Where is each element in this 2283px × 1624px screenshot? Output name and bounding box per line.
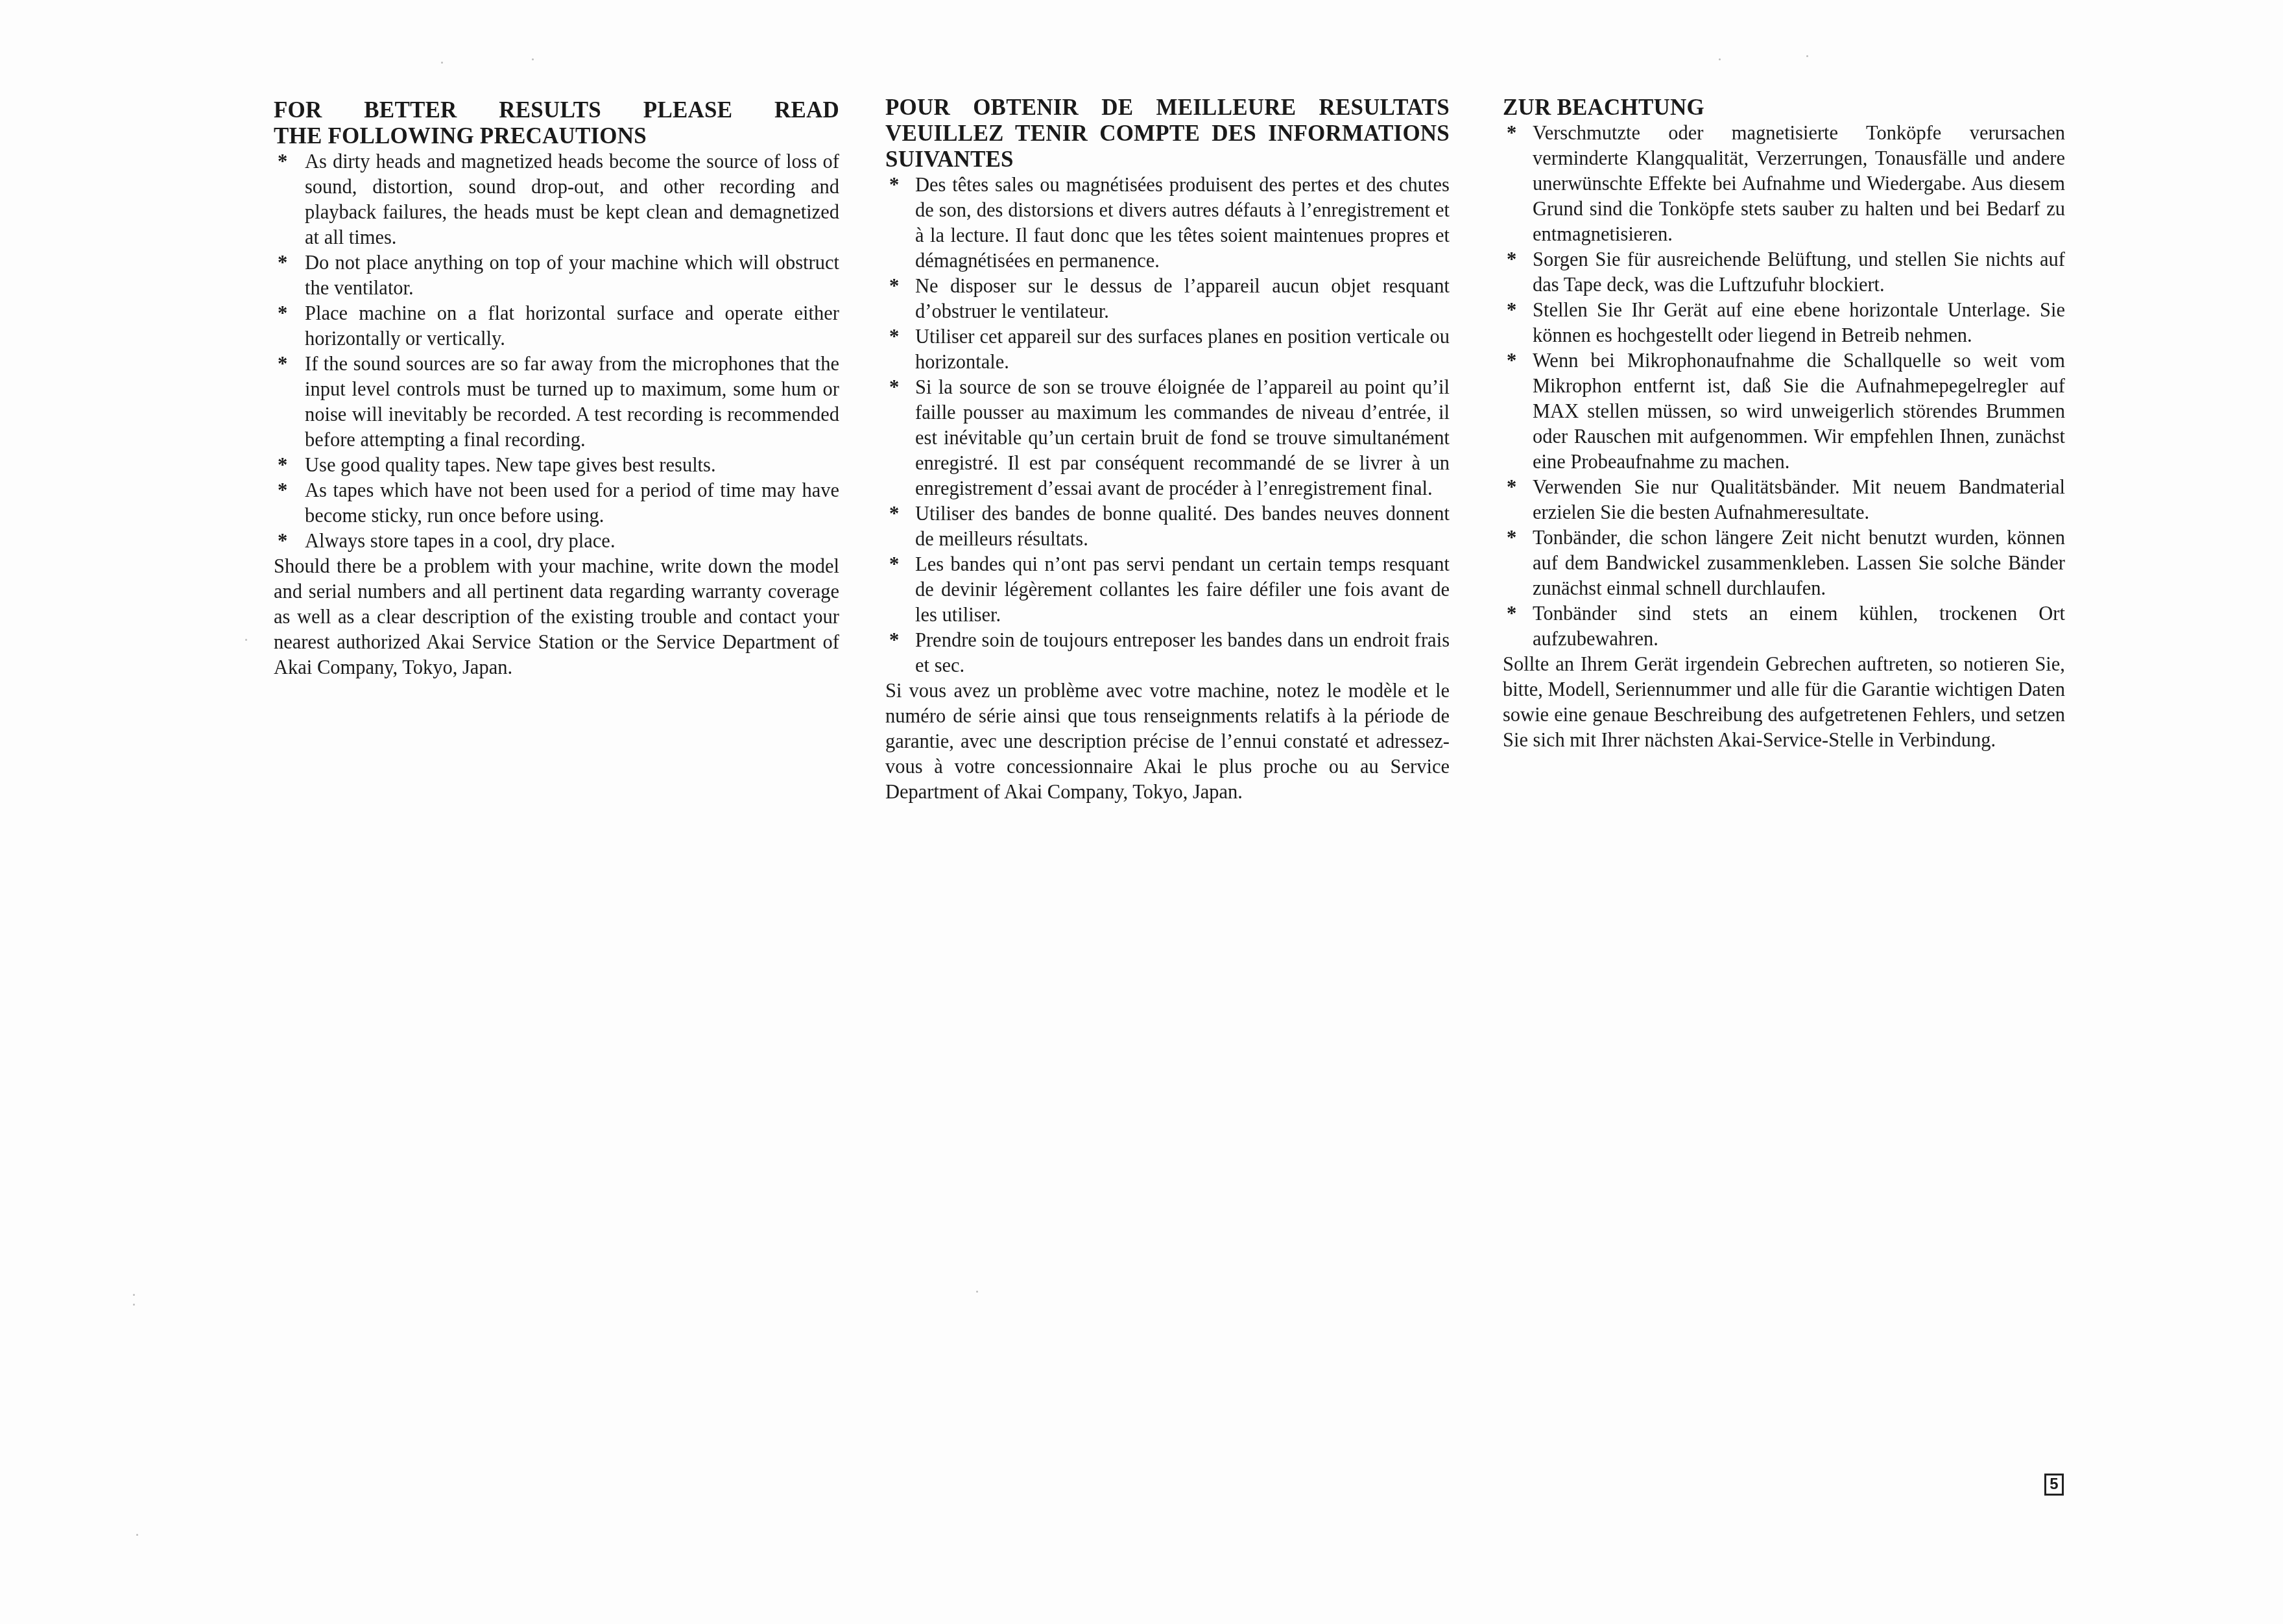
english-service-note: Should there be a problem with your mach… xyxy=(274,554,839,680)
list-item: *Utiliser cet appareil sur des surfaces … xyxy=(885,324,1450,375)
scan-speck xyxy=(133,1294,135,1296)
list-item: *Place machine on a flat horizontal surf… xyxy=(274,301,839,352)
list-item: *Verschmutzte oder magnetisierte Tonköpf… xyxy=(1503,121,2065,247)
list-item-text: Use good quality tapes. New tape gives b… xyxy=(305,454,716,476)
list-item-text: Si la source de son se trouve éloignée d… xyxy=(915,376,1450,499)
list-item-text: Verschmutzte oder magnetisierte Tonköpfe… xyxy=(1533,122,2065,245)
asterisk-bullet-icon: * xyxy=(889,324,899,350)
list-item-text: Utiliser des bandes de bonne qualité. De… xyxy=(915,503,1450,550)
list-item-text: Place machine on a flat horizontal surfa… xyxy=(305,302,839,350)
asterisk-bullet-icon: * xyxy=(889,501,899,527)
english-heading: FOR BETTER RESULTS PLEASE READ THE FOLLO… xyxy=(274,97,839,149)
english-precautions-list: *As dirty heads and magnetized heads bec… xyxy=(274,149,839,554)
asterisk-bullet-icon: * xyxy=(278,529,287,554)
list-item: *Ne disposer sur le dessus de l’appareil… xyxy=(885,274,1450,324)
list-item-text: Des têtes sales ou magnétisées produisen… xyxy=(915,174,1450,272)
heading-line: VEUILLEZ TENIR COMPTE DES INFORMATIONS xyxy=(885,121,1450,147)
list-item-text: Tonbänder sind stets an einem kühlen, tr… xyxy=(1533,603,2065,650)
asterisk-bullet-icon: * xyxy=(889,173,899,198)
list-item: *Verwenden Sie nur Qualitätsbänder. Mit … xyxy=(1503,475,2065,525)
asterisk-bullet-icon: * xyxy=(1507,525,1516,551)
asterisk-bullet-icon: * xyxy=(889,274,899,299)
list-item-text: Sorgen Sie für ausreichende Belüftung, u… xyxy=(1533,248,2065,296)
list-item-text: Tonbänder, die schon längere Zeit nicht … xyxy=(1533,527,2065,599)
english-column: FOR BETTER RESULTS PLEASE READ THE FOLLO… xyxy=(274,97,839,680)
scan-speck xyxy=(532,58,534,60)
list-item: *Des têtes sales ou magnétisées produise… xyxy=(885,173,1450,274)
asterisk-bullet-icon: * xyxy=(889,552,899,577)
list-item: *Si la source de son se trouve éloignée … xyxy=(885,375,1450,501)
asterisk-bullet-icon: * xyxy=(1507,247,1516,272)
asterisk-bullet-icon: * xyxy=(278,250,287,276)
scan-speck xyxy=(245,639,247,641)
scan-speck xyxy=(976,1291,978,1293)
scan-speck xyxy=(1719,58,1721,60)
heading-line: POUR OBTENIR DE MEILLEURE RESULTATS xyxy=(885,95,1450,121)
list-item: *Sorgen Sie für ausreichende Belüftung, … xyxy=(1503,247,2065,298)
heading-line: FOR BETTER RESULTS PLEASE READ xyxy=(274,97,839,123)
list-item: *Wenn bei Mikrophonaufnahme die Schallqu… xyxy=(1503,348,2065,475)
list-item: *As dirty heads and magnetized heads bec… xyxy=(274,149,839,250)
asterisk-bullet-icon: * xyxy=(889,375,899,400)
asterisk-bullet-icon: * xyxy=(1507,601,1516,627)
list-item-text: Always store tapes in a cool, dry place. xyxy=(305,530,616,552)
asterisk-bullet-icon: * xyxy=(889,628,899,653)
list-item: *Prendre soin de toujours entreposer les… xyxy=(885,628,1450,678)
list-item-text: If the sound sources are so far away fro… xyxy=(305,353,839,451)
french-column: POUR OBTENIR DE MEILLEURE RESULTATS VEUI… xyxy=(885,95,1450,805)
german-heading: ZUR BEACHTUNG xyxy=(1503,95,2065,121)
french-service-note: Si vous avez un problème avec votre mach… xyxy=(885,678,1450,805)
asterisk-bullet-icon: * xyxy=(1507,475,1516,500)
list-item-text: Stellen Sie Ihr Gerät auf eine ebene hor… xyxy=(1533,299,2065,346)
list-item-text: Prendre soin de toujours entreposer les … xyxy=(915,629,1450,676)
asterisk-bullet-icon: * xyxy=(278,149,287,174)
list-item-text: Les bandes qui n’ont pas servi pendant u… xyxy=(915,553,1450,626)
list-item-text: As tapes which have not been used for a … xyxy=(305,479,839,527)
page-number-box: 5 xyxy=(2044,1474,2064,1496)
list-item: *Always store tapes in a cool, dry place… xyxy=(274,529,839,554)
french-heading: POUR OBTENIR DE MEILLEURE RESULTATS VEUI… xyxy=(885,95,1450,173)
list-item: *Tonbänder sind stets an einem kühlen, t… xyxy=(1503,601,2065,652)
list-item-text: Utiliser cet appareil sur des surfaces p… xyxy=(915,326,1450,373)
list-item: *Tonbänder, die schon längere Zeit nicht… xyxy=(1503,525,2065,601)
scan-speck xyxy=(136,1534,138,1536)
list-item-text: Verwenden Sie nur Qualitätsbänder. Mit n… xyxy=(1533,476,2065,523)
list-item: *Stellen Sie Ihr Gerät auf eine ebene ho… xyxy=(1503,298,2065,348)
asterisk-bullet-icon: * xyxy=(1507,348,1516,374)
list-item-text: Wenn bei Mikrophonaufnahme die Schallque… xyxy=(1533,350,2065,473)
asterisk-bullet-icon: * xyxy=(1507,121,1516,146)
list-item: *Do not place anything on top of your ma… xyxy=(274,250,839,301)
list-item-text: As dirty heads and magnetized heads beco… xyxy=(305,150,839,248)
german-precautions-list: *Verschmutzte oder magnetisierte Tonköpf… xyxy=(1503,121,2065,652)
asterisk-bullet-icon: * xyxy=(1507,298,1516,323)
asterisk-bullet-icon: * xyxy=(278,352,287,377)
french-precautions-list: *Des têtes sales ou magnétisées produise… xyxy=(885,173,1450,678)
list-item: *Utiliser des bandes de bonne qualité. D… xyxy=(885,501,1450,552)
asterisk-bullet-icon: * xyxy=(278,453,287,478)
list-item-text: Ne disposer sur le dessus de l’appareil … xyxy=(915,275,1450,322)
list-item: *Use good quality tapes. New tape gives … xyxy=(274,453,839,478)
heading-line: ZUR BEACHTUNG xyxy=(1503,95,2065,121)
list-item: *Les bandes qui n’ont pas servi pendant … xyxy=(885,552,1450,628)
list-item: *As tapes which have not been used for a… xyxy=(274,478,839,529)
scan-speck xyxy=(133,1304,135,1306)
german-service-note: Sollte an Ihrem Gerät irgendein Gebreche… xyxy=(1503,652,2065,753)
heading-line: THE FOLLOWING PRECAUTIONS xyxy=(274,123,839,149)
list-item: *If the sound sources are so far away fr… xyxy=(274,352,839,453)
heading-line: SUIVANTES xyxy=(885,147,1450,173)
german-column: ZUR BEACHTUNG *Verschmutzte oder magneti… xyxy=(1503,95,2065,753)
asterisk-bullet-icon: * xyxy=(278,301,287,326)
list-item-text: Do not place anything on top of your mac… xyxy=(305,252,839,299)
scan-speck xyxy=(441,62,443,64)
asterisk-bullet-icon: * xyxy=(278,478,287,503)
scan-speck xyxy=(1806,55,1808,57)
